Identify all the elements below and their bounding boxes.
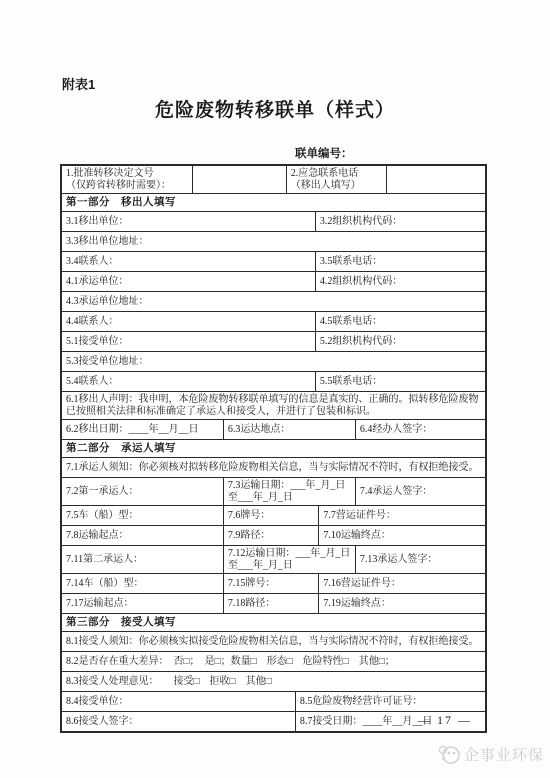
form-row: 4.3承运单位地址：	[62, 291, 485, 311]
form-cell-text: 第三部分 接受人填写	[66, 617, 481, 629]
section-row: 第一部分 移出人填写	[62, 193, 485, 211]
form-row: 3.1移出单位：3.2组织机构代码：	[62, 211, 485, 231]
form-cell: 3.5联系电话：	[315, 252, 485, 271]
form-cell-text: 3.4联系人：	[66, 256, 311, 268]
form-cell-text: 5.2组织机构代码：	[320, 336, 481, 348]
form-cell-text: 7.5车（船）型：	[66, 510, 219, 522]
form-cell-text: 4.1承运单位：	[66, 276, 311, 288]
form-cell: 5.1接受单位：	[62, 332, 315, 351]
form-cell-text: 3.2组织机构代码：	[320, 216, 481, 228]
form-cell-text: 7.7营运证件号：	[323, 510, 481, 522]
form-cell: 3.3移出单位地址：	[62, 232, 485, 251]
page-number: — 17 —	[418, 713, 472, 728]
form-cell-text: 4.2组织机构代码：	[320, 276, 481, 288]
form-cell: 7.19运输终点：	[318, 594, 485, 613]
form-cell: 5.5联系电话：	[315, 372, 485, 391]
form-cell-text: 7.8运输起点：	[66, 530, 219, 542]
form-cell-text: 7.10运输终点：	[323, 530, 481, 542]
section-title: 第一部分 移出人填写	[62, 194, 485, 211]
form-cell-text: 6.2移出日期：____年__月__日	[66, 424, 219, 436]
form-cell: 7.10运输终点：	[318, 526, 485, 545]
form-cell: 7.14车（船）型：	[62, 574, 223, 593]
section-title: 第三部分 接受人填写	[62, 614, 485, 631]
form-cell-text: 3.5联系电话：	[320, 256, 481, 268]
form-row: 5.1接受单位：5.2组织机构代码：	[62, 331, 485, 351]
watermark-label: 企事业环保	[464, 744, 544, 765]
form-cell-text: 5.4联系人：	[66, 376, 311, 388]
form-row: 6.2移出日期：____年__月__日6.3运达地点：6.4经办人签字：	[62, 419, 485, 439]
form-cell: 7.5车（船）型：	[62, 506, 223, 525]
form-cell: 7.2第一承运人：	[62, 478, 223, 505]
form-cell: 8.4接受单位：	[62, 692, 295, 711]
form-row: 8.1接受人须知：你必须核实拟接受危险废物相关信息，当与实际情况不符时，有权拒绝…	[62, 631, 485, 651]
form-cell-text: 至___年_月_日	[228, 560, 351, 572]
form-row: 1.批准转移决定文号（仅跨省转移时需要）：2.应急联系电话（移出人填写）	[62, 166, 485, 193]
form-cell-text: 8.2是否存在重大差异： 否□； 是□；数量□ 形态□ 危险特性□ 其他□；	[66, 656, 481, 668]
form-row: 3.3移出单位地址：	[62, 231, 485, 251]
form-cell-text: 7.13承运人签字：	[360, 554, 481, 566]
form-cell-text: 4.3承运单位地址：	[66, 296, 481, 308]
form-cell-text: 3.3移出单位地址：	[66, 236, 481, 248]
form-row: 4.4联系人：4.5联系电话：	[62, 311, 485, 331]
form-cell-text: 7.4承运人签字：	[360, 486, 481, 498]
form-cell-text: （移出人填写）	[291, 180, 382, 192]
form-cell: 3.1移出单位：	[62, 212, 315, 231]
form-row: 7.5车（船）型：7.6牌号：7.7营运证件号：	[62, 505, 485, 525]
section-row: 第二部分 承运人填写	[62, 439, 485, 457]
form-cell-text: 7.6牌号：	[228, 510, 315, 522]
form-cell: 7.1承运人须知：你必须核对拟转移危险废物相关信息，当与实际情况不符时，有权拒绝…	[62, 458, 485, 477]
form-row: 7.17运输起点：7.18路径：7.19运输终点：	[62, 593, 485, 613]
form-cell: 7.17运输起点：	[62, 594, 223, 613]
section-title: 第二部分 承运人填写	[62, 440, 485, 457]
form-cell: 4.3承运单位地址：	[62, 292, 485, 311]
form-row: 8.3接受人处理意见： 接受□ 拒收□ 其他□	[62, 671, 485, 691]
form-row: 8.4接受单位：8.5危险废物经营许可证号：	[62, 691, 485, 711]
form-cell-text: （仅跨省转移时需要）：	[66, 180, 188, 192]
form-cell	[386, 166, 485, 193]
form-cell: 2.应急联系电话（移出人填写）	[286, 166, 386, 193]
page-title: 危险废物转移联单（样式）	[0, 95, 550, 122]
form-cell-text: 7.17运输起点：	[66, 598, 219, 610]
form-cell: 7.15牌号：	[223, 574, 319, 593]
form-cell-text: 第二部分 承运人填写	[66, 443, 481, 455]
form-cell-text: 3.1移出单位：	[66, 216, 311, 228]
form-row: 8.2是否存在重大差异： 否□； 是□；数量□ 形态□ 危险特性□ 其他□；	[62, 651, 485, 671]
form-row: 7.1承运人须知：你必须核对拟转移危险废物相关信息，当与实际情况不符时，有权拒绝…	[62, 457, 485, 477]
form-cell: 8.2是否存在重大差异： 否□； 是□；数量□ 形态□ 危险特性□ 其他□；	[62, 652, 485, 671]
form-cell: 7.6牌号：	[223, 506, 319, 525]
form-cell: 7.16营运证件号：	[318, 574, 485, 593]
form-cell: 4.1承运单位：	[62, 272, 315, 291]
form-cell-text: 7.15牌号：	[228, 578, 315, 590]
form-cell: 5.2组织机构代码：	[315, 332, 485, 351]
form-cell-text: 6.1移出人声明：我申明，本危险废物转移联单填写的信息是真实的、正确的。拟转移危…	[66, 394, 481, 417]
form-cell-text: 8.1接受人须知：你必须核实拟接受危险废物相关信息，当与实际情况不符时，有权拒绝…	[66, 636, 481, 648]
form-cell: 7.18路径：	[223, 594, 319, 613]
form-cell: 7.8运输起点：	[62, 526, 223, 545]
form-row: 6.1移出人声明：我申明，本危险废物转移联单填写的信息是真实的、正确的。拟转移危…	[62, 391, 485, 419]
form-cell-text: 第一部分 移出人填写	[66, 197, 481, 209]
section-row: 第三部分 接受人填写	[62, 613, 485, 631]
form-table: 1.批准转移决定文号（仅跨省转移时需要）：2.应急联系电话（移出人填写）第一部分…	[60, 164, 487, 733]
form-cell-text: 7.14车（船）型：	[66, 578, 219, 590]
form-cell: 3.2组织机构代码：	[315, 212, 485, 231]
form-cell-text: 1.批准转移决定文号	[66, 168, 188, 180]
form-cell: 7.7营运证件号：	[318, 506, 485, 525]
form-cell-text: 6.3运达地点：	[228, 424, 351, 436]
form-cell-text: 4.5联系电话：	[320, 316, 481, 328]
watermark: 企事业环保	[437, 743, 544, 765]
form-cell: 7.11第二承运人：	[62, 546, 223, 573]
form-cell: 8.3接受人处理意见： 接受□ 拒收□ 其他□	[62, 672, 485, 691]
form-cell: 4.4联系人：	[62, 312, 315, 331]
form-cell-text: 7.2第一承运人：	[66, 486, 219, 498]
form-cell: 8.1接受人须知：你必须核实拟接受危险废物相关信息，当与实际情况不符时，有权拒绝…	[62, 632, 485, 651]
form-cell-text: 8.5危险废物经营许可证号：	[300, 696, 481, 708]
form-cell-text: 7.3运输日期：___年_月_日	[228, 480, 351, 492]
form-cell	[192, 166, 286, 193]
form-cell: 7.9路径：	[223, 526, 319, 545]
form-cell: 7.3运输日期：___年_月_日至___年_月_日	[223, 478, 355, 505]
form-cell: 4.2组织机构代码：	[315, 272, 485, 291]
form-row: 7.14车（船）型：7.15牌号：7.16营运证件号：	[62, 573, 485, 593]
form-cell: 6.1移出人声明：我申明，本危险废物转移联单填写的信息是真实的、正确的。拟转移危…	[62, 392, 485, 419]
form-row: 7.8运输起点：7.9路径：7.10运输终点：	[62, 525, 485, 545]
form-row: 5.3接受单位地址：	[62, 351, 485, 371]
form-cell: 8.6接受人签字：	[62, 712, 295, 731]
brand-logo-icon	[437, 743, 461, 765]
form-cell: 6.3运达地点：	[223, 420, 355, 439]
form-cell-text: 7.19运输终点：	[323, 598, 481, 610]
form-cell: 7.12运输日期：___年_月_日至___年_月_日	[223, 546, 355, 573]
form-cell: 7.13承运人签字：	[355, 546, 485, 573]
form-cell: 5.4联系人：	[62, 372, 315, 391]
form-cell-text: 5.3接受单位地址：	[66, 356, 481, 368]
form-cell-text: 5.1接受单位：	[66, 336, 311, 348]
form-row: 3.4联系人：3.5联系电话：	[62, 251, 485, 271]
form-row: 7.11第二承运人：7.12运输日期：___年_月_日至___年_月_日7.13…	[62, 545, 485, 573]
form-cell-text: 2.应急联系电话	[291, 168, 382, 180]
form-cell: 6.2移出日期：____年__月__日	[62, 420, 223, 439]
form-cell-text: 5.5联系电话：	[320, 376, 481, 388]
manifest-number-label: 联单编号：	[295, 145, 353, 161]
form-cell: 1.批准转移决定文号（仅跨省转移时需要）：	[62, 166, 192, 193]
form-cell: 4.5联系电话：	[315, 312, 485, 331]
form-cell-text: 4.4联系人：	[66, 316, 311, 328]
form-row: 4.1承运单位：4.2组织机构代码：	[62, 271, 485, 291]
form-cell-text: 8.6接受人签字：	[66, 716, 291, 728]
form-cell-text: 7.18路径：	[228, 598, 315, 610]
form-cell-text: 8.4接受单位：	[66, 696, 291, 708]
form-cell: 5.3接受单位地址：	[62, 352, 485, 371]
form-cell-text: 7.11第二承运人：	[66, 554, 219, 566]
form-cell-text: 7.16营运证件号：	[323, 578, 481, 590]
form-cell: 3.4联系人：	[62, 252, 315, 271]
form-cell: 8.5危险废物经营许可证号：	[295, 692, 485, 711]
form-cell-text: 7.1承运人须知：你必须核对拟转移危险废物相关信息，当与实际情况不符时，有权拒绝…	[66, 462, 481, 474]
attachment-label: 附表1	[62, 74, 95, 93]
form-cell-text: 7.9路径：	[228, 530, 315, 542]
form-cell-text: 6.4经办人签字：	[360, 424, 481, 436]
form-cell: 6.4经办人签字：	[355, 420, 485, 439]
form-row: 7.2第一承运人：7.3运输日期：___年_月_日至___年_月_日7.4承运人…	[62, 477, 485, 505]
form-cell: 7.4承运人签字：	[355, 478, 485, 505]
form-row: 5.4联系人：5.5联系电话：	[62, 371, 485, 391]
form-cell-text: 8.3接受人处理意见： 接受□ 拒收□ 其他□	[66, 676, 481, 688]
form-cell-text: 7.12运输日期：___年_月_日	[228, 548, 351, 560]
form-cell-text: 至___年_月_日	[228, 492, 351, 504]
